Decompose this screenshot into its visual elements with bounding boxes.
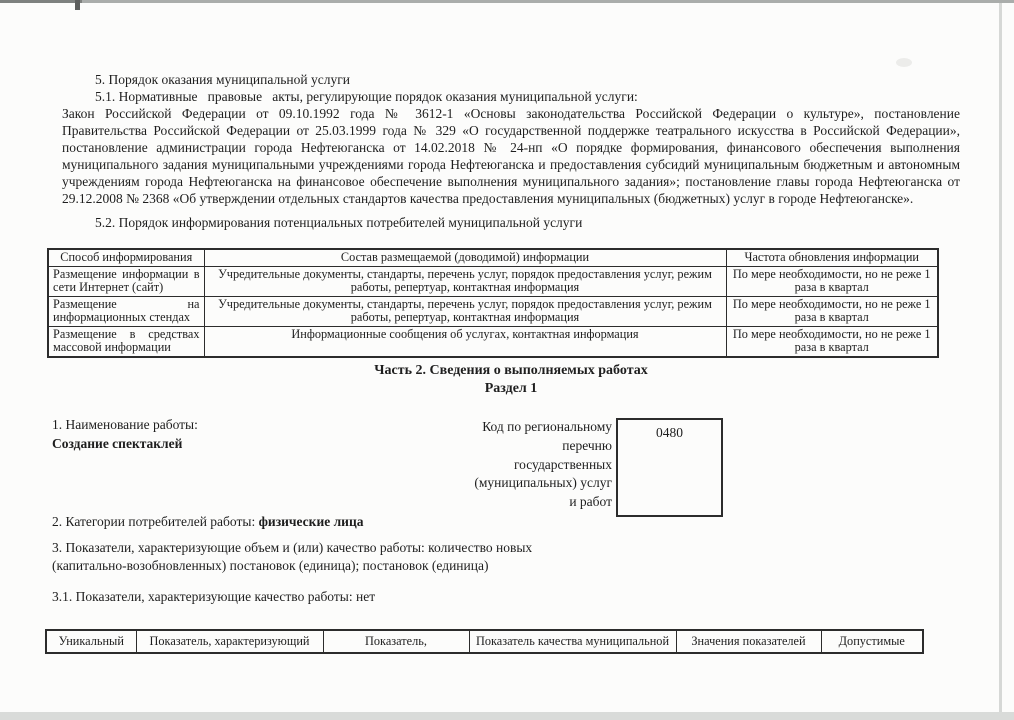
column-header-values: Значения показателей [676, 630, 821, 653]
consumer-categories-value: физические лица [259, 514, 364, 529]
column-header-content: Состав размещаемой (доводимой) информаци… [204, 249, 726, 266]
scan-edge-top [0, 0, 1014, 3]
work-name-label: 1. Наименование работы: [52, 417, 198, 433]
table-header-row: Способ информирования Состав размещаемой… [48, 249, 938, 266]
part-2-title: Часть 2. Сведения о выполняемых работах [62, 363, 960, 379]
quality-indicators-line: 3.1. Показатели, характеризующие качеств… [52, 589, 375, 605]
section-5: 5. Порядок оказания муниципальной услуги… [62, 71, 960, 207]
cell-frequency: По мере необходимости, но не реже 1 раза… [726, 326, 938, 357]
cell-frequency: По мере необходимости, но не реже 1 раза… [726, 296, 938, 326]
section-5-2-heading: 5.2. Порядок информирования потенциальны… [95, 215, 960, 231]
column-header-characterizing: Показатель, характеризующий [136, 630, 323, 653]
indicators-paragraph: 3. Показатели, характеризующие объем и (… [52, 539, 692, 575]
cell-method: Размещение информации в сети Интернет (с… [48, 266, 204, 296]
regional-code-label-line: и работ [362, 493, 612, 512]
cell-content: Учредительные документы, стандарты, пере… [204, 266, 726, 296]
scan-artifact-smudge [896, 58, 912, 67]
regional-code-value: 0480 [656, 425, 683, 440]
column-header-indicator: Показатель, [323, 630, 469, 653]
cell-method: Размещение в средствах массовой информац… [48, 326, 204, 357]
quality-indicators-table: Уникальный Показатель, характеризующий П… [45, 629, 924, 654]
regional-code-box: 0480 [616, 418, 723, 517]
regional-code-label-line: Код по региональному [362, 418, 612, 437]
legal-paragraph-line: Закон Российской Федерации от 09.10.1992… [62, 105, 960, 122]
legal-paragraph-line: постановление администрации города Нефте… [62, 139, 960, 156]
column-header-method: Способ информирования [48, 249, 204, 266]
column-header-allowed: Допустимые [821, 630, 923, 653]
part-2-subtitle: Раздел 1 [62, 381, 960, 397]
legal-paragraph-line: муниципального задания муниципальными уч… [62, 156, 960, 173]
regional-code-label: Код по региональному перечню государстве… [362, 418, 612, 512]
table-row: Размещение информации в сети Интернет (с… [48, 266, 938, 296]
table-header-row: Уникальный Показатель, характеризующий П… [46, 630, 923, 653]
column-header-unique: Уникальный [46, 630, 136, 653]
informing-methods-table: Способ информирования Состав размещаемой… [47, 248, 939, 358]
cell-method: Размещение на информационных стендах [48, 296, 204, 326]
regional-code-label-line: (муниципальных) услуг [362, 474, 612, 493]
work-name-value: Создание спектаклей [52, 436, 182, 452]
cell-content: Учредительные документы, стандарты, пере… [204, 296, 726, 326]
regional-code-label-line: перечню [362, 437, 612, 456]
indicators-line: (капитально-возобновленных) постановок (… [52, 557, 692, 575]
scan-edge-top-tick [75, 0, 80, 10]
consumer-categories-label: 2. Категории потребителей работы: [52, 514, 259, 529]
cell-content: Информационные сообщения об услугах, кон… [204, 326, 726, 357]
regional-code-label-line: государственных [362, 456, 612, 475]
legal-paragraph-line: учреждениям города Нефтеюганска на финан… [62, 173, 960, 190]
scan-edge-top-dark-segment [0, 0, 82, 3]
section-5-1-heading: 5.1. Нормативные правовые акты, регулиру… [62, 88, 960, 105]
legal-paragraph-line: Правительства Российской Федерации от 25… [62, 122, 960, 139]
scan-artifact-right-line [999, 3, 1002, 712]
scan-edge-bottom [0, 712, 1014, 720]
indicators-line: 3. Показатели, характеризующие объем и (… [52, 539, 692, 557]
consumer-categories-line: 2. Категории потребителей работы: физиче… [52, 514, 363, 530]
column-header-quality: Показатель качества муниципальной [469, 630, 676, 653]
table-row: Размещение в средствах массовой информац… [48, 326, 938, 357]
cell-frequency: По мере необходимости, но не реже 1 раза… [726, 266, 938, 296]
column-header-frequency: Частота обновления информации [726, 249, 938, 266]
scanned-document-page: 5. Порядок оказания муниципальной услуги… [0, 0, 1014, 720]
table-row: Размещение на информационных стендах Учр… [48, 296, 938, 326]
section-5-heading: 5. Порядок оказания муниципальной услуги [62, 71, 960, 88]
legal-paragraph-line: 29.12.2008 № 2368 «Об утверждении отдель… [62, 190, 960, 207]
